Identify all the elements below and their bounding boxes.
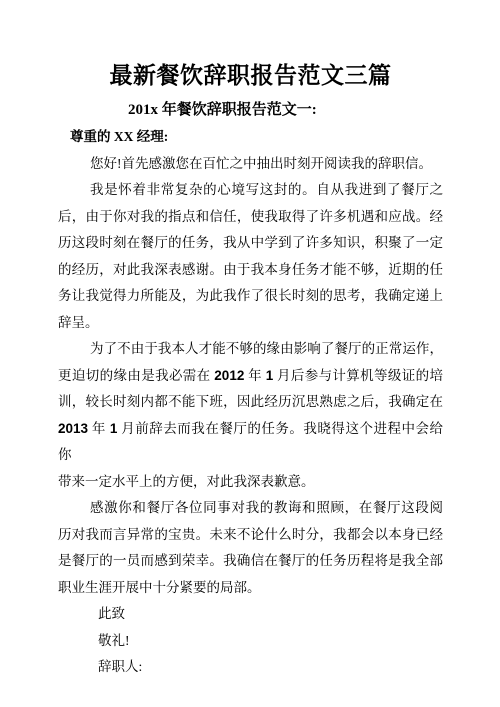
letter-text-bold: 2013: [58, 421, 88, 436]
letter-line: 为了不由于我本人才能不够的缘由影响了餐厅的正常运作，: [58, 336, 443, 363]
letter-text-bold: 2012: [214, 368, 244, 383]
letter-text: 您好!首先感激您在百忙之中抽出时刻开阅读我的辞职信。: [90, 156, 432, 171]
letter-line: 2013 年 1 月前辞去而我在餐厅的任务。我晓得这个进程中会给你: [58, 416, 443, 469]
letter-text: 历对我而言异常的宝贵。未来不论什么时分，我都会以本身已经: [58, 527, 443, 542]
letter-text: 辞职人:: [98, 659, 142, 674]
letter-line: 此致: [58, 601, 443, 628]
letter-text: 职业生涯开展中十分紧要的局部。: [58, 580, 261, 595]
letter-text: 辞呈。: [58, 315, 99, 330]
letter-line: 敬礼!: [58, 628, 443, 655]
letter-text: 我是怀着非常复杂的心境写这封的。自从我进到了餐厅之: [90, 182, 443, 197]
letter-line: 您好!首先感激您在百忙之中抽出时刻开阅读我的辞职信。: [58, 151, 443, 178]
letter-text: 此致: [98, 606, 125, 621]
letter-line: 历对我而言异常的宝贵。未来不论什么时分，我都会以本身已经: [58, 522, 443, 549]
letter-body: 尊重的 XX 经理: 您好!首先感激您在百忙之中抽出时刻开阅读我的辞职信。我是怀…: [58, 124, 443, 681]
letter-text: 年: [244, 368, 265, 383]
document-title: 最新餐饮辞职报告范文三篇: [58, 64, 443, 87]
letter-text: 年: [88, 421, 110, 436]
letter-line: 的经历，对此我深表感谢。由于我本身任务才能不够，近期的任: [58, 257, 443, 284]
letter-text: 的经历，对此我深表感谢。由于我本身任务才能不够，近期的任: [58, 262, 443, 277]
letter-line: 后，由于你对我的指点和信任，使我取得了许多机遇和应战。经: [58, 204, 443, 231]
letter-text: 感激你和餐厅各位同事对我的教诲和照顾，在餐厅这段阅: [90, 500, 443, 515]
document-page: 最新餐饮辞职报告范文三篇 201x 年餐饮辞职报告范文一: 尊重的 XX 经理:…: [0, 0, 500, 707]
letter-line: 职业生涯开展中十分紧要的局部。: [58, 575, 443, 602]
letter-line: 辞呈。: [58, 310, 443, 337]
letter-line: 历这段时刻在餐厅的任务，我从中学到了许多知识，积聚了一定: [58, 230, 443, 257]
letter-line: 训，较长时刻内都不能下班，因此经历沉思熟虑之后，我确定在: [58, 389, 443, 416]
letter-line: 辞职人:: [58, 654, 443, 681]
letter-line: 是餐厅的一员而感到荣幸。我确信在餐厅的任务历程将是我全部: [58, 548, 443, 575]
letter-text: 训，较长时刻内都不能下班，因此经历沉思熟虑之后，我确定在: [58, 394, 443, 409]
letter-line: 感激你和餐厅各位同事对我的教诲和照顾，在餐厅这段阅: [58, 495, 443, 522]
letter-text: 更迫切的缘由是我必需在: [58, 368, 214, 383]
letter-line: 务让我觉得力所能及，为此我作了很长时刻的思考，我确定递上: [58, 283, 443, 310]
letter-text: 务让我觉得力所能及，为此我作了很长时刻的思考，我确定递上: [58, 288, 443, 303]
letter-text: 为了不由于我本人才能不够的缘由影响了餐厅的正常运作，: [90, 341, 443, 356]
letter-text: 后，由于你对我的指点和信任，使我取得了许多机遇和应战。经: [58, 209, 443, 224]
letter-text: 敬礼!: [98, 633, 130, 648]
letter-line: 更迫切的缘由是我必需在 2012 年 1 月后参与计算机等级证的培: [58, 363, 443, 390]
document-subtitle: 201x 年餐饮辞职报告范文一:: [58, 103, 443, 118]
letter-text: 历这段时刻在餐厅的任务，我从中学到了许多知识，积聚了一定: [58, 235, 443, 250]
letter-text: 是餐厅的一员而感到荣幸。我确信在餐厅的任务历程将是我全部: [58, 553, 443, 568]
letter-text: 月后参与计算机等级证的培: [273, 368, 443, 383]
letter-line: 我是怀着非常复杂的心境写这封的。自从我进到了餐厅之: [58, 177, 443, 204]
letter-text: 带来一定水平上的方便，对此我深表歉意。: [58, 474, 315, 489]
letter-salutation: 尊重的 XX 经理:: [58, 124, 443, 151]
letter-line: 带来一定水平上的方便，对此我深表歉意。: [58, 469, 443, 496]
